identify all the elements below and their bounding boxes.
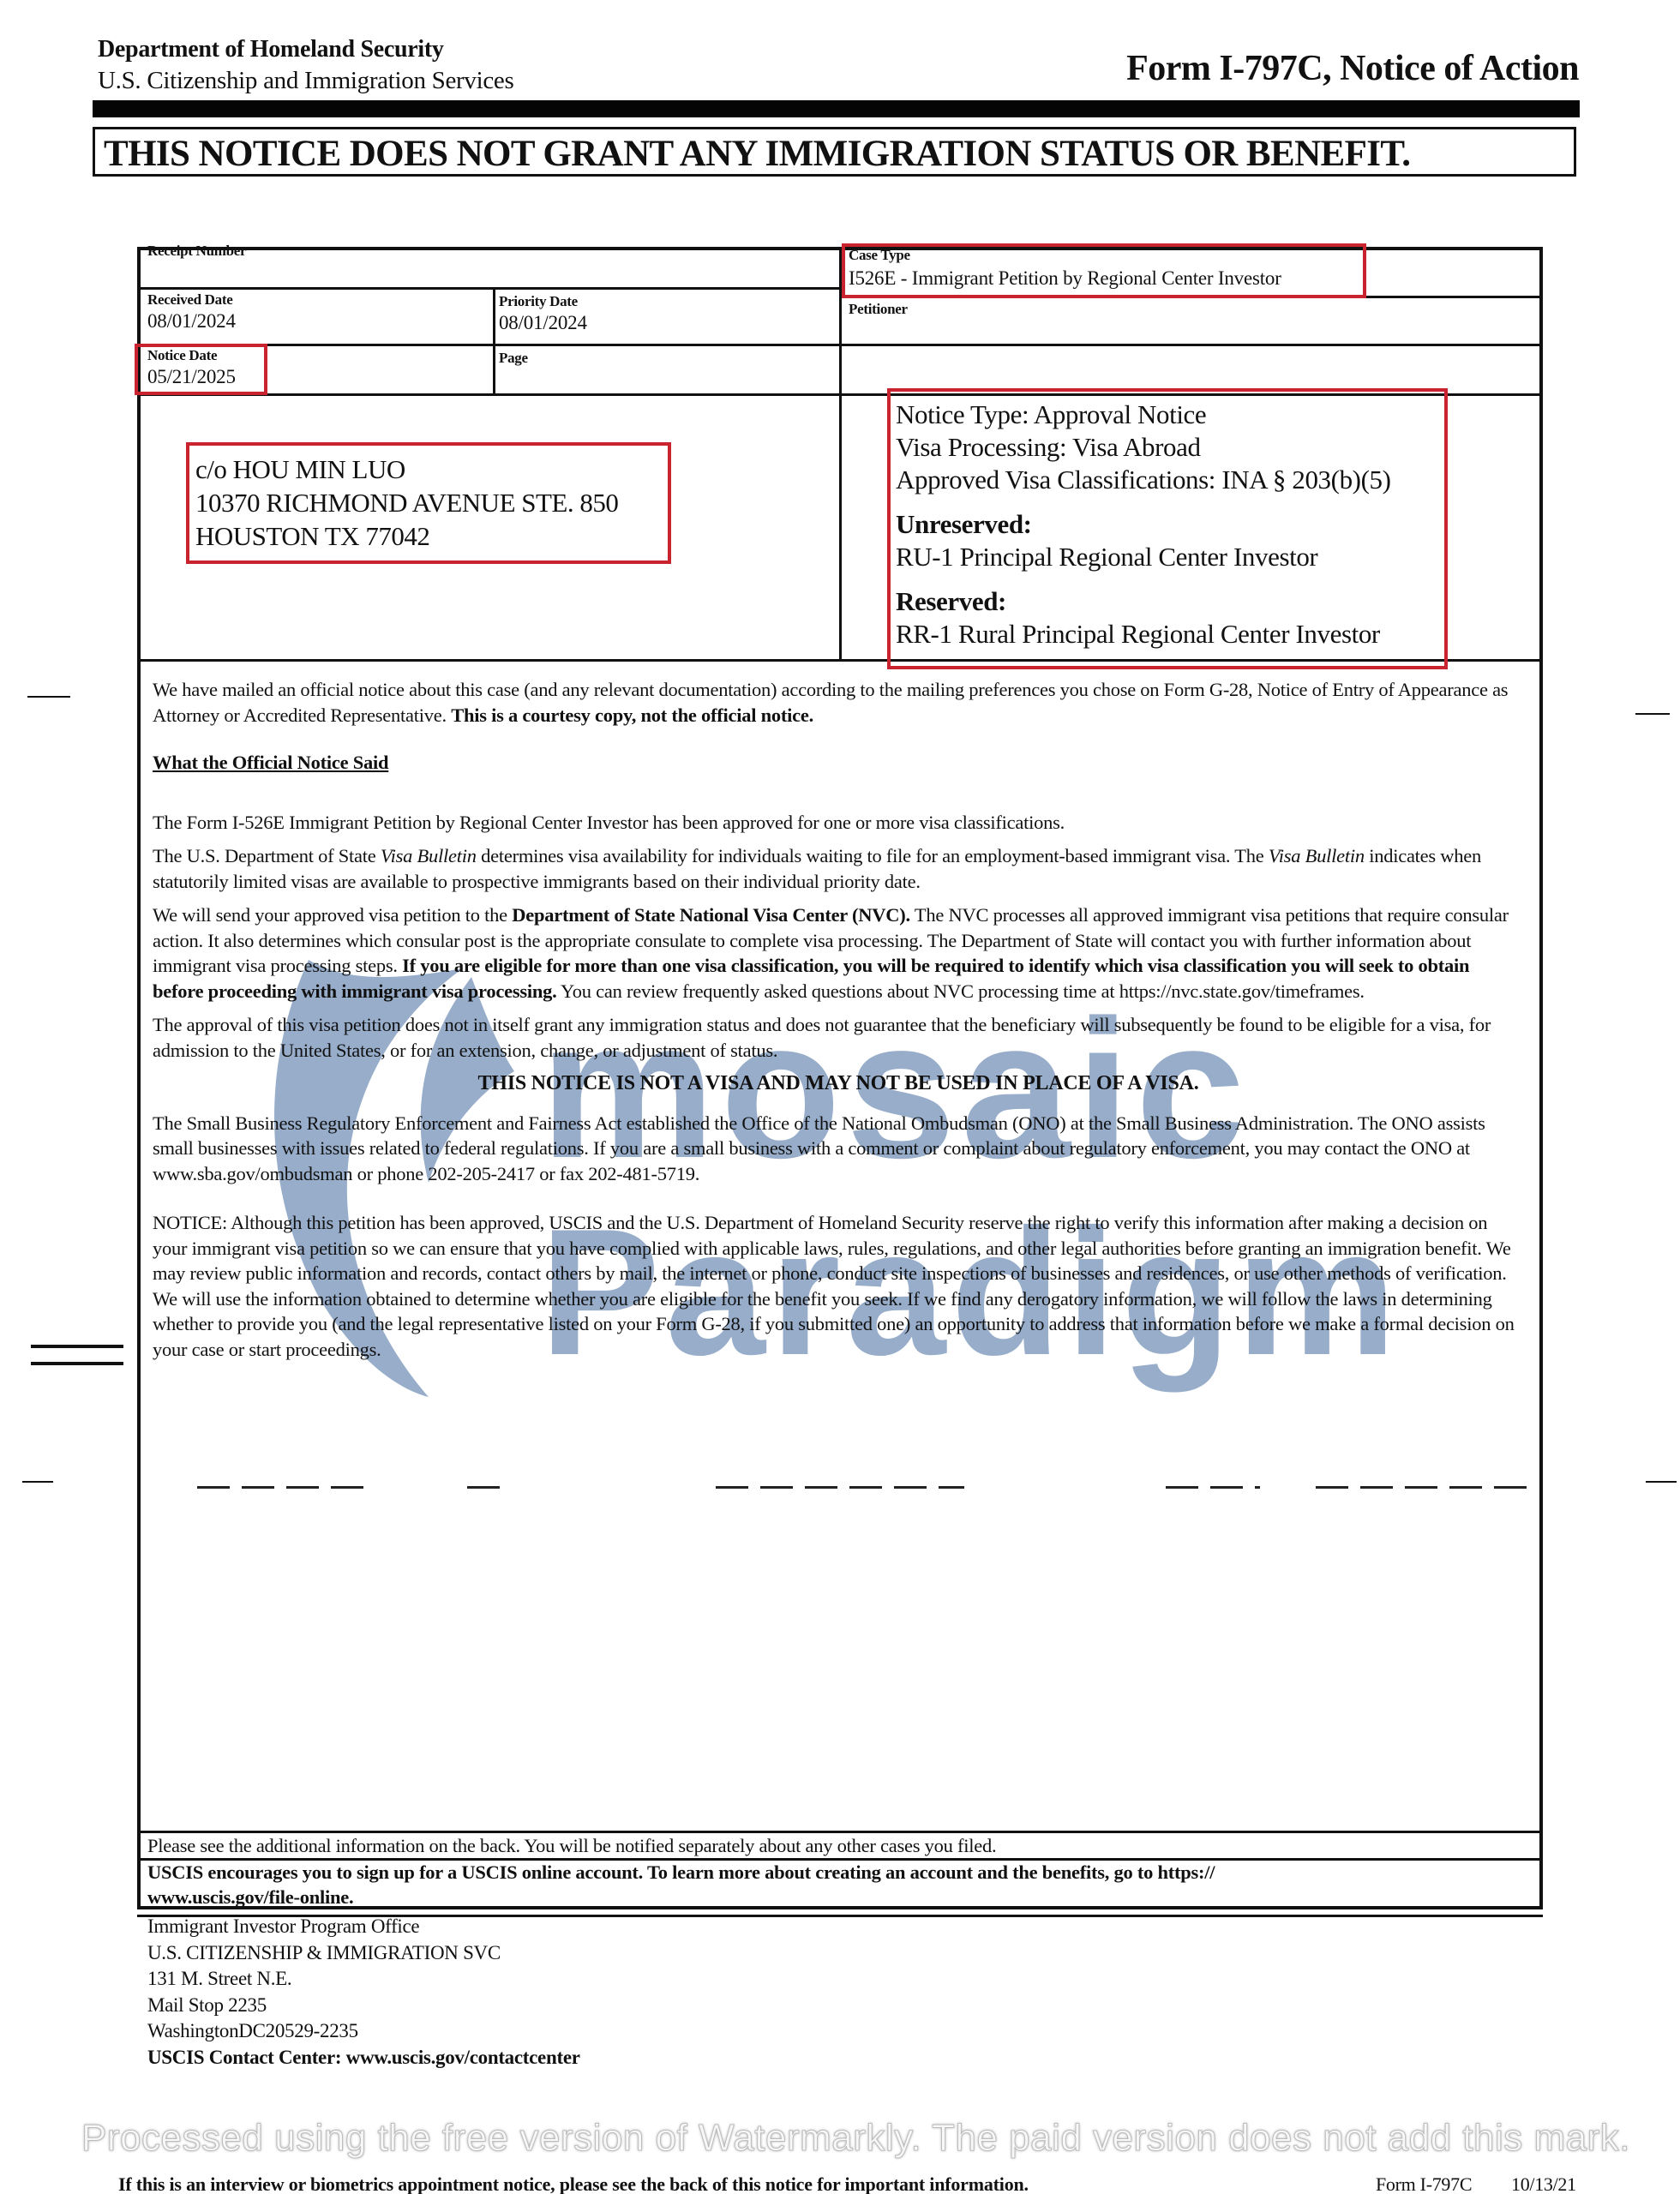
- case-type-value: I526E - Immigrant Petition by Regional C…: [849, 267, 1281, 290]
- text-run: Department of State National Visa Center…: [512, 904, 910, 926]
- intro-text: We have mailed an official notice about …: [153, 679, 1508, 726]
- scan-artifact: [1316, 1486, 1530, 1489]
- form-id: Form I-797C: [1376, 2173, 1472, 2194]
- reserved-value: RR-1 Rural Principal Regional Center Inv…: [896, 618, 1391, 650]
- address-line-2: 10370 RICHMOND AVENUE STE. 850: [195, 486, 618, 519]
- grid-line: [137, 287, 842, 290]
- office-line: Mail Stop 2235: [147, 1993, 580, 2019]
- priority-date-label: Priority Date: [499, 293, 578, 310]
- receipt-number-label: Receipt Number: [147, 243, 246, 260]
- text-run: The U.S. Department of State: [153, 845, 381, 866]
- contact-center-link[interactable]: USCIS Contact Center: www.uscis.gov/cont…: [147, 2045, 580, 2071]
- margin-mark: [27, 696, 70, 698]
- visa-processing: Visa Processing: Visa Abroad: [896, 431, 1391, 464]
- text-run: You can review frequently asked question…: [556, 980, 1364, 1002]
- visa-bulletin-paragraph: The U.S. Department of State Visa Bullet…: [153, 843, 1524, 894]
- address-line-3: HOUSTON TX 77042: [195, 519, 618, 553]
- address-line-1: c/o HOU MIN LUO: [195, 453, 618, 486]
- online-account-link[interactable]: www.uscis.gov/file-online.: [147, 1885, 1215, 1909]
- unreserved-value: RU-1 Principal Regional Center Investor: [896, 541, 1391, 573]
- uscis-office-address: Immigrant Investor Program Office U.S. C…: [147, 1914, 580, 2071]
- approval-paragraph: The Form I-526E Immigrant Petition by Re…: [153, 810, 1524, 836]
- received-date-label: Received Date: [147, 291, 232, 309]
- margin-mark: [1646, 1481, 1677, 1483]
- intro-paragraph: We have mailed an official notice about …: [153, 677, 1524, 728]
- page-label: Page: [499, 350, 528, 367]
- agency-name: Department of Homeland Security: [98, 36, 444, 63]
- petitioner-label: Petitioner: [849, 301, 908, 318]
- scan-artifact: [467, 1486, 501, 1489]
- reserved-label: Reserved:: [896, 585, 1391, 618]
- header-divider-bar: [93, 100, 1580, 117]
- case-type-label: Case Type: [849, 247, 910, 264]
- margin-mark: [31, 1345, 123, 1348]
- office-line: 131 M. Street N.E.: [147, 1966, 580, 1993]
- notice-body: We have mailed an official notice about …: [153, 677, 1524, 1370]
- margin-mark: [1635, 713, 1670, 715]
- received-date-value: 08/01/2024: [147, 310, 236, 333]
- notice-date-value: 05/21/2025: [147, 366, 236, 388]
- courtesy-copy-text: This is a courtesy copy, not the officia…: [451, 704, 813, 726]
- ombudsman-paragraph: The Small Business Regulatory Enforcemen…: [153, 1111, 1524, 1187]
- grid-line: [493, 287, 495, 393]
- approved-classifications: Approved Visa Classifications: INA § 203…: [896, 464, 1391, 496]
- additional-info-note: Please see the additional information on…: [147, 1833, 996, 1858]
- margin-mark: [22, 1481, 53, 1483]
- text-run: Visa Bulletin: [1269, 845, 1365, 866]
- text-run: We will send your approved visa petition…: [153, 904, 512, 926]
- text-run: Visa Bulletin: [381, 845, 477, 866]
- official-notice-heading: What the Official Notice Said: [153, 750, 1524, 776]
- office-line: WashingtonDC20529-2235: [147, 2018, 580, 2045]
- interview-note: If this is an interview or biometrics ap…: [118, 2173, 1029, 2194]
- scan-artifact: [716, 1486, 964, 1489]
- grid-line: [839, 247, 842, 659]
- verification-notice-paragraph: NOTICE: Although this petition has been …: [153, 1210, 1524, 1362]
- scan-artifact: [1166, 1486, 1260, 1489]
- disclaimer-box: THIS NOTICE DOES NOT GRANT ANY IMMIGRATI…: [93, 127, 1576, 177]
- form-version: 10/13/21: [1511, 2173, 1576, 2194]
- unreserved-label: Unreserved:: [896, 508, 1391, 541]
- office-line: U.S. CITIZENSHIP & IMMIGRATION SVC: [147, 1940, 580, 1967]
- disclaimer-text: THIS NOTICE DOES NOT GRANT ANY IMMIGRATI…: [104, 133, 1410, 175]
- processed-watermark: Processed using the free version of Wate…: [81, 2117, 1630, 2160]
- not-a-visa-notice: THIS NOTICE IS NOT A VISA AND MAY NOT BE…: [153, 1071, 1524, 1097]
- margin-mark: [31, 1362, 123, 1365]
- notice-info: Notice Type: Approval Notice Visa Proces…: [896, 399, 1391, 650]
- office-line: Immigrant Investor Program Office: [147, 1914, 580, 1940]
- form-title: Form I-797C, Notice of Action: [1126, 48, 1579, 89]
- sub-agency-name: U.S. Citizenship and Immigration Service…: [98, 67, 513, 95]
- online-account-note: USCIS encourages you to sign up for a US…: [147, 1860, 1215, 1909]
- no-status-paragraph: The approval of this visa petition does …: [153, 1012, 1524, 1063]
- notice-date-label: Notice Date: [147, 347, 217, 364]
- online-account-line-1: USCIS encourages you to sign up for a US…: [147, 1860, 1215, 1885]
- priority-date-value: 08/01/2024: [499, 312, 587, 334]
- scan-artifact: [197, 1486, 369, 1489]
- notice-type: Notice Type: Approval Notice: [896, 399, 1391, 431]
- mailing-address: c/o HOU MIN LUO 10370 RICHMOND AVENUE ST…: [195, 453, 618, 553]
- text-run: determines visa availability for individ…: [477, 845, 1269, 866]
- nvc-paragraph: We will send your approved visa petition…: [153, 902, 1524, 1004]
